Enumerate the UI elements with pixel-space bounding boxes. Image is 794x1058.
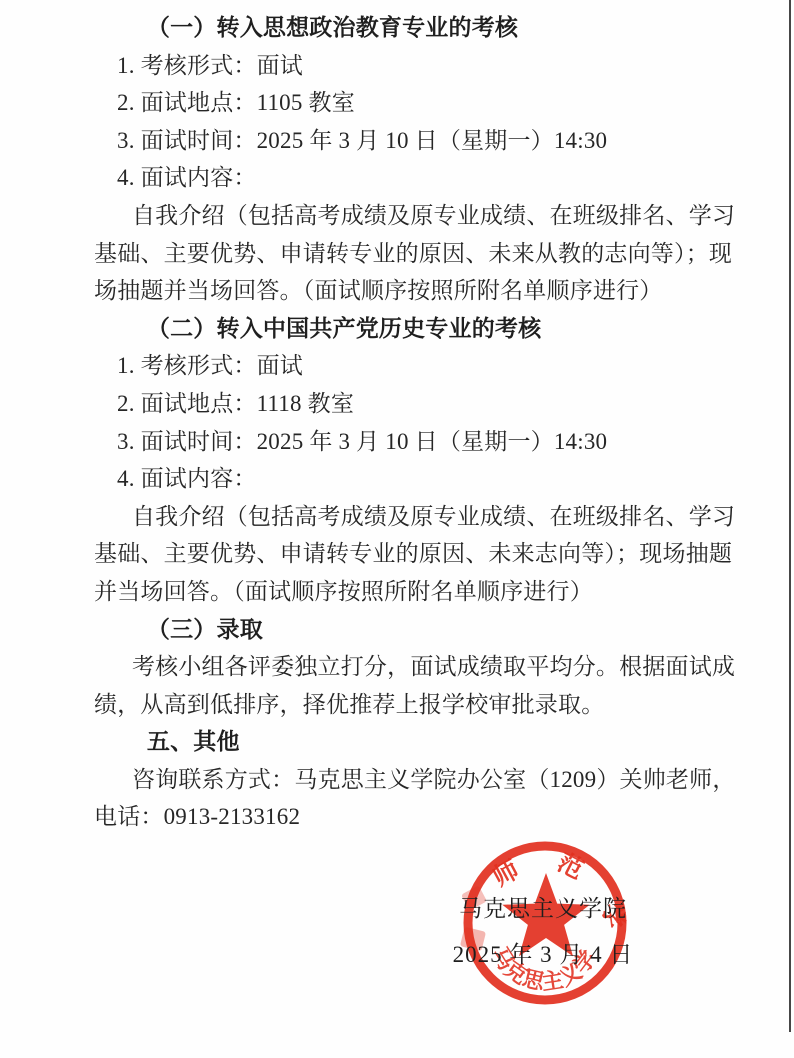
scan-edge-line [789,0,791,1032]
section-1-paragraph-l1: 自我介绍（包括高考成绩及原专业成绩、在班级排名、学习 [94,197,754,235]
section-5-heading: 五、其他 [94,723,754,761]
section-1-item-place: 2. 面试地点：1105 教室 [94,84,754,122]
section-2-heading: （二）转入中国共产党历史专业的考核 [94,310,754,348]
section-1-paragraph-l3: 场抽题并当场回答。（面试顺序按照所附名单顺序进行） [94,272,754,310]
section-1-item-time: 3. 面试时间：2025 年 3 月 10 日（星期一）14:30 [94,122,754,160]
section-1-item-content: 4. 面试内容： [94,159,754,197]
section-2-item-place: 2. 面试地点：1118 教室 [94,385,754,423]
document-page: （一）转入思想政治教育专业的考核 1. 考核形式：面试 2. 面试地点：1105… [0,0,794,1058]
section-2-item-time: 3. 面试时间：2025 年 3 月 10 日（星期一）14:30 [94,423,754,461]
section-1-heading: （一）转入思想政治教育专业的考核 [94,9,754,47]
section-1-item-format: 1. 考核形式：面试 [94,47,754,85]
section-2-paragraph-l1: 自我介绍（包括高考成绩及原专业成绩、在班级排名、学习 [94,498,754,536]
section-3-paragraph-l1: 考核小组各评委独立打分，面试成绩取平均分。根据面试成 [94,648,754,686]
signature-block: 马克思主义学院 2025 年 3 月 4 日 [423,894,663,970]
section-2-paragraph-l2: 基础、主要优势、申请转专业的原因、未来志向等）；现场抽题 [94,535,754,573]
signature-org: 马克思主义学院 [423,894,663,924]
section-2-item-format: 1. 考核形式：面试 [94,347,754,385]
contact-line-1: 咨询联系方式：马克思主义学院办公室（1209）关帅老师， [94,761,754,799]
section-3-paragraph-l2: 绩，从高到低排序，择优推荐上报学校审批录取。 [94,686,754,724]
section-2-item-content: 4. 面试内容： [94,460,754,498]
signature-date: 2025 年 3 月 4 日 [423,940,663,970]
section-1-paragraph-l2: 基础、主要优势、申请转专业的原因、未来从教的志向等）；现 [94,235,754,273]
contact-line-2: 电话：0913-2133162 [94,798,754,836]
section-2-paragraph-l3: 并当场回答。（面试顺序按照所附名单顺序进行） [94,573,754,611]
document-body: （一）转入思想政治教育专业的考核 1. 考核形式：面试 2. 面试地点：1105… [94,9,754,836]
section-3-heading: （三）录取 [94,611,754,649]
